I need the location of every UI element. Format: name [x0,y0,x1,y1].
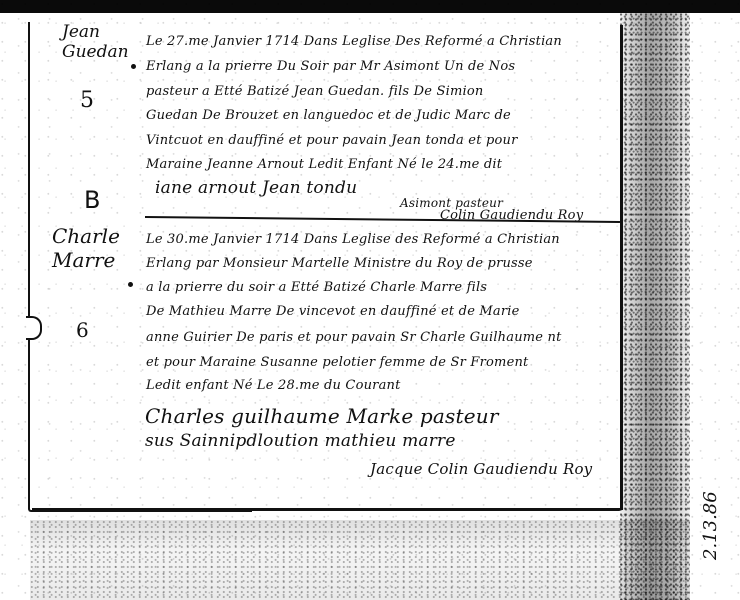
margin-first-name: Jean [62,22,129,42]
entry-number-1: 5 [80,88,94,113]
archive-stamp-text: 2.13.86 [700,491,721,560]
page-notch [26,316,42,340]
entry-number-2: 6 [76,318,89,342]
entry-2-line-2: Erlang par Monsieur Martelle Ministre du… [146,256,626,271]
entry-2-line-1: Le 30.me Janvier 1714 Dans Leglise des R… [146,232,626,247]
entry-1-signature-1: iane arnout Jean tondu [155,178,635,198]
entry-1-line-1: Le 27.me Janvier 1714 Dans Leglise Des R… [146,34,626,49]
scan-top-border [0,0,740,13]
margin-last-name: Guedan [62,42,129,62]
margin-dot [131,64,136,69]
entry-2-line-3: a la prierre du soir a Etté Batizé Charl… [146,280,626,295]
entry-1-line-4: Guedan De Brouzet en languedoc et de Jud… [146,108,626,123]
entry-2-line-5: anne Guirier De paris et pour pavain Sr … [146,330,626,345]
scan-bottom-shadow [30,520,690,600]
archive-stamp: 2.13.86 [700,500,740,590]
margin-name-entry-1: Jean Guedan [62,22,129,62]
page-bottom-border [32,508,622,511]
entry-1-line-6: Maraine Jeanne Arnout Ledit Enfant Né le… [146,157,626,172]
entry-2-signature-3: Jacque Colin Gaudiendu Roy [370,460,740,478]
scan-edge-shadow [620,13,690,600]
margin-first-name: Charle [52,224,120,248]
entry-2-signature-1: Charles guilhaume Marke pasteur [145,404,625,428]
entry-2-line-6: et pour Maraine Susanne pelotier femme d… [146,355,626,370]
entry-2-line-4: De Mathieu Marre De vincevot en dauffiné… [146,304,626,319]
entry-1-line-5: Vintcuot en dauffiné et pour pavain Jean… [146,133,626,148]
entry-2-signature-2: sus Sainnipdloution mathieu marre [145,431,625,451]
margin-dot [128,282,133,287]
entry-1-line-3: pasteur a Etté Batizé Jean Guedan. fils … [146,84,626,99]
entry-1-line-2: Erlang a la prierre Du Soir par Mr Asimo… [146,59,626,74]
margin-letter: B [84,186,100,214]
entry-2-line-7: Ledit enfant Né Le 28.me du Courant [146,378,626,393]
margin-name-entry-2: Charle Marre [52,224,120,272]
margin-last-name: Marre [52,248,120,272]
